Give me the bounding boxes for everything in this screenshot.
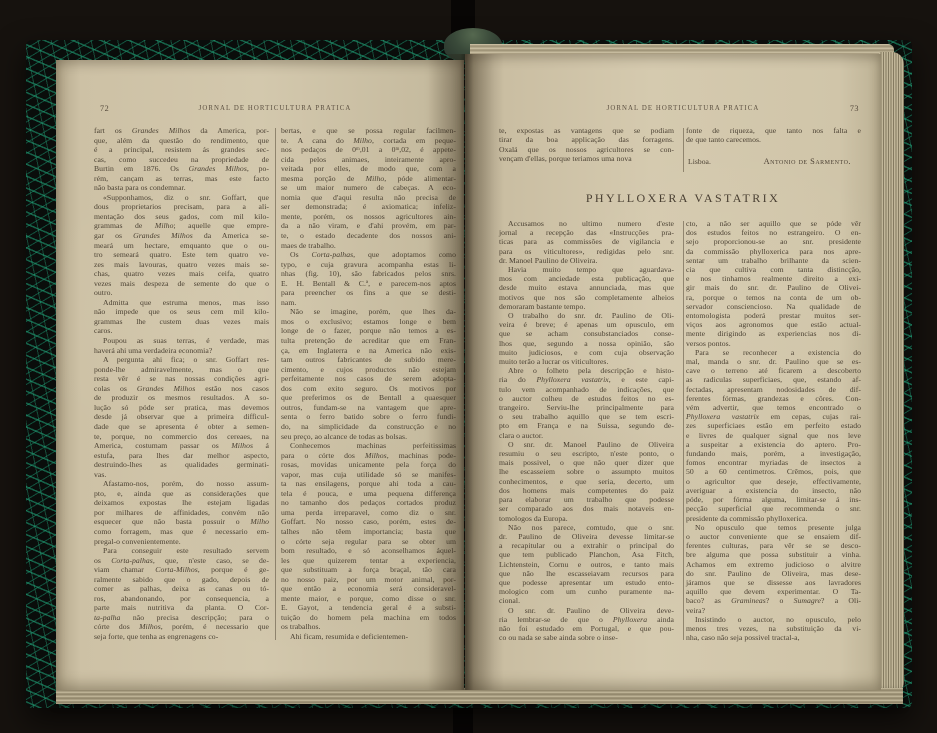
article-column-2: cto, a não ser aquillo que se póde vêrdo… [686, 219, 861, 642]
text-line: e livres de qualquer signal que nos leve [686, 431, 861, 440]
text-line: conhecimentos, e que seria, decerto, um [499, 477, 674, 486]
text-line: meará um hectare, emquanto que o ou- [94, 241, 269, 251]
text-line: ta-palha não precisa descripção; para o [94, 613, 269, 623]
paragraph: O snr. dr. Paulino de Oliveira deve-ria … [499, 606, 674, 643]
text-line: E. Gayot, a tendencia geral é a substi- [281, 603, 456, 613]
text-line: e nos tinhamos realmente direito a exi- [686, 274, 861, 283]
text-line: sejo proporcionou-se ao snr. presidente [686, 237, 861, 246]
text-line: destruindo-lhes as qualidades germinati- [94, 460, 269, 470]
text-line: fomos encontrar myriadas de insectos a [686, 458, 861, 467]
text-line: tirar da boa applicação das forragens. [499, 135, 674, 144]
text-line: Achamos em extremo judicioso o alvitre [686, 560, 861, 569]
text-line: as radiculas superficiaes, que, estando … [686, 375, 861, 384]
text-line: vençam d'ellas, porque teriamos uma nova [499, 154, 674, 163]
text-line: outro. [94, 288, 269, 298]
text-line: járamos que se dissesse aos lavradores [686, 578, 861, 587]
right-page-content: JORNAL DE HORTICULTURA PRATICA 73 te, ex… [499, 104, 867, 642]
text-line: mal, manda o snr. dr. Paulino que se es- [686, 357, 861, 366]
text-line: seja forte, que tenha as engrenagens co- [94, 632, 269, 642]
text-line: O snr. dr. Paulino de Oliveira deve- [499, 606, 674, 615]
text-line: por milhares de affinidades, convém não [94, 508, 269, 518]
text-line: mente maior, e porque, como disse o snr. [281, 594, 456, 604]
text-line: Burtin em 1876. Os Grandes Milhos, po- [94, 164, 269, 174]
text-line: veitada por elles, de modo que, com a [281, 164, 456, 174]
text-line: vém advertir, que temos encontrado o [686, 403, 861, 412]
text-line: outros, fundam-se na vantagem que apre- [281, 403, 456, 413]
text-line: o auctor conveniente que se ensaiem dif- [686, 532, 861, 541]
paragraph: Havia muito tempo que aguardava-mos com … [499, 265, 674, 311]
text-line: Para conseguir este resultado servem [94, 546, 269, 556]
text-line: mesma porção de Milho, póde alimentar- [281, 174, 456, 184]
text-line: grammas lhe custem duas vezes mais [94, 317, 269, 327]
intro-column-1: te, expostas as vantagens que se podiamt… [499, 126, 674, 174]
paragraph: O snr. dr. Manoel Paulino de Oliveirares… [499, 440, 674, 523]
signature-author: Antonio de Sarmento. [764, 157, 851, 166]
intro-column-2: fonte de riqueza, que tanto nos falta ed… [686, 126, 861, 174]
text-line: ria do Phylloxera vastatrix, e este capi… [499, 375, 674, 384]
text-line: No opusculo que temos presente julga [686, 523, 861, 532]
text-line: muito terão a lucrar os viticultores. [499, 357, 674, 366]
text-line: mais possivel, o que não quer dizer que [499, 458, 674, 467]
text-line: não foi estudado em Portugal, e que pou- [499, 624, 674, 633]
text-line: para elaborar um trabalho que podesse [499, 495, 674, 504]
text-line: os Corta-palhas, que, n'este caso, se de… [94, 556, 269, 566]
intro-column-2-text: fonte de riqueza, que tanto nos falta ed… [686, 126, 861, 145]
text-line: ferentes culturas, para vêr se se desco- [686, 541, 861, 550]
right-page-number: 73 [850, 104, 859, 113]
page-stack-fore-edge [879, 52, 904, 694]
text-line: Phylloxera vastatrix em cepas, cujas rai… [686, 412, 861, 421]
paragraph: Afastamo-nos, porém, do nosso assum-pto,… [94, 479, 269, 546]
text-line: mologico com um cunho puramente na- [499, 587, 674, 596]
text-line: Abre o folheto pela descripção e histo- [499, 366, 674, 375]
text-line: ponde-lhe admiravelmente, mas o que [94, 365, 269, 375]
text-line: uma perda irreparavel, como diz o snr. [281, 508, 456, 518]
text-line: haverá ahi uma verdadeira economia? [94, 346, 269, 356]
left-page: 72 JORNAL DE HORTICULTURA PRATICA fart o… [56, 60, 464, 690]
text-line: Para se reconhecer a existencia do [686, 348, 861, 357]
paragraph: fonte de riqueza, que tanto nos falta ed… [686, 126, 861, 145]
article-column-1: Accusamos no ultimo numero d'estejornal … [499, 219, 674, 642]
text-line: tro semeará quatro. Este tem quatro ve- [94, 250, 269, 260]
text-line: ser comparado aos dos mais notaveis en- [499, 504, 674, 513]
text-line: tuição do homem pela machina em todos [281, 613, 456, 623]
text-line: resumiu o seu escripto, n'este ponto, o [499, 449, 674, 458]
text-line: zes superficiaes estão em perfeito estad… [686, 421, 861, 430]
text-line: que substituam a força braçal, tão cara [281, 565, 456, 575]
text-line: Insistindo o auctor, no opusculo, pelo [686, 615, 861, 624]
text-line: O snr. dr. Manoel Paulino de Oliveira [499, 440, 674, 449]
text-line: tulta pretenção de acreditar que em Fran… [281, 336, 456, 346]
paragraph: Admitta que estruma menos, mas issonão i… [94, 298, 269, 336]
text-line: bertas, e que se possa regular facilmen- [281, 126, 456, 136]
text-line: cida pelos animaes, inteiramente apro- [281, 155, 456, 165]
text-line: les que quizerem tentar a experiencia, [281, 556, 456, 566]
text-line: de que tanto carecemos. [686, 135, 861, 144]
text-line: dos com exito seguro. Os motivos por [281, 384, 456, 394]
text-line: sentar um trabalho brilhante da scien- [686, 256, 861, 265]
text-line: do snr. Paulino de Oliveira, mas dese- [686, 569, 861, 578]
text-line: menos tres vezes, na substituição da vi- [686, 624, 861, 633]
text-line: que então a economia será consideravel- [281, 584, 456, 594]
paragraph: Poupou as suas terras, é verdade, mashav… [94, 336, 269, 355]
signature-row: Lisboa. Antonio de Sarmento. [686, 157, 861, 166]
text-line: a suspeitar a existencia do aptero. Pro- [686, 440, 861, 449]
text-line: ferentes fórmas, grandezas e côres. Con- [686, 394, 861, 403]
text-line: Afastamo-nos, porém, do nosso assum- [94, 479, 269, 489]
text-line: esquecer que não basta possuir o Milho [94, 517, 269, 527]
text-line: trangeiro. Serviu-lhe principalmente par… [499, 403, 674, 412]
text-line: veira? [686, 606, 861, 615]
left-page-content: 72 JORNAL DE HORTICULTURA PRATICA fart o… [94, 104, 456, 642]
text-line: Não nos parece, comtudo, que o snr. [499, 523, 674, 532]
text-line: não basta para os condemnar. [94, 183, 269, 193]
open-book-photo: 72 JORNAL DE HORTICULTURA PRATICA fart o… [0, 0, 937, 733]
text-line: Ahi ficam, resumida e deficientemen- [281, 632, 456, 642]
text-line: bom resultado, e só aconselhamos áquel- [281, 546, 456, 556]
paragraph: Insistindo o auctor, no opusculo, pelome… [686, 615, 861, 643]
text-line: vapor, mas cuja utilidade só se manifes- [281, 470, 456, 480]
text-line: comer as palhas, deixa as canas ou tó- [94, 584, 269, 594]
text-line: nhas (fig. 10), são fabricados pelos snr… [281, 269, 456, 279]
text-line: ralmente sabido que o gado, depois de [94, 575, 269, 585]
text-line: ra, porque o temos na conta de um ob- [686, 293, 861, 302]
text-line: nomia que d'aqui resulta não precisa de [281, 193, 456, 203]
paragraph: cto, a não ser aquillo que se póde vêrdo… [686, 219, 861, 348]
text-line: ta nas ensilagens, porque ahi toda a cau… [281, 479, 456, 489]
text-line: typo, e cuja gravura acompanha estas li- [281, 260, 456, 270]
text-line: póde, por fórma alguma, limitar-se á ins… [686, 495, 861, 504]
text-line: Accusamos no ultimo numero d'este [499, 219, 674, 228]
text-line: pecção superficial que recommenda o snr. [686, 504, 861, 513]
text-line: 50 a 60 centimetros. Crêmos, pois, que [686, 467, 861, 476]
text-line: chas, quatro vezes mais ceifa, quatro [94, 269, 269, 279]
text-line: presidente da commissão phylloxerica. [686, 514, 861, 523]
text-line: como forragem, mas que é necessario em- [94, 527, 269, 537]
text-line: rosas, movidas unicamente pela força do [281, 460, 456, 470]
paragraph: Não se imagine, porém, que lhes da-mos o… [281, 307, 456, 441]
text-line: lhos que, segundo a nossa opinião, são [499, 339, 674, 348]
article-columns: Accusamos no ultimo numero d'estejornal … [499, 219, 867, 642]
left-page-header: 72 JORNAL DE HORTICULTURA PRATICA [94, 104, 456, 115]
left-running-title: JORNAL DE HORTICULTURA PRATICA [94, 105, 456, 112]
text-line: se um maior numero de cabeças. A eco- [281, 183, 456, 193]
paragraph: Conhecemos machinas perfeitissimaspara o… [281, 441, 456, 632]
text-line: tulo vem acompanhado de indicações, que [499, 385, 674, 394]
text-line: o córte seja regular para se obter um [281, 537, 456, 547]
text-line: para os viticultores», redigidas pelo sn… [499, 247, 674, 256]
paragraph: Para se reconhecer a existencia domal, m… [686, 348, 861, 523]
text-line: nha, caso não seja possivel tractal-a, [686, 633, 861, 642]
text-line: do, na simplicidade da construcção e no [281, 422, 456, 432]
column-rule [275, 128, 276, 640]
text-line: America, costumam passar os Milhos á [94, 441, 269, 451]
text-line: longe de o fazer, porque não temos a es- [281, 326, 456, 336]
text-line: Conhecemos machinas perfeitissimas [281, 441, 456, 451]
text-line: Admitta que estruma menos, mas isso [94, 298, 269, 308]
text-line: no tamanho dos pedaços cortados produz [281, 498, 456, 508]
text-line: desde muito estava annunciada, mas que [499, 283, 674, 292]
text-line: mente, porém, os nossos agricultores ain… [281, 212, 456, 222]
text-line: dos homens mais competentes do paiz [499, 486, 674, 495]
text-line: cas, como succedeu na propriedade de [94, 155, 269, 165]
text-line: que tem publicado Planchon, Asa Fitch, [499, 550, 674, 559]
text-line: pto, e, ainda que as considerações que [94, 489, 269, 499]
text-line: dade que se apresenta é obter a semen- [94, 422, 269, 432]
text-line: parte mais nutritiva da planta. O Cor- [94, 603, 269, 613]
text-line: a recapitular ou a extrahir o principal … [499, 541, 674, 550]
text-line: seu preço, ao alcance de todas as bolsas… [281, 432, 456, 442]
text-line: estufa, para lhes dar melhor aspecto, [94, 451, 269, 461]
text-line: demoraram bastante tempo. [499, 302, 674, 311]
text-line: te. A cana do Milho, cortada em peque- [281, 136, 456, 146]
left-page-column-1: fart os Grandes Milhos da America, por-q… [94, 126, 269, 642]
text-line: para o córte dos Milhos, machinas pode- [281, 451, 456, 461]
paragraph: O trabalho do snr. dr. Paulino de Oli-ve… [499, 311, 674, 366]
text-line: córte dos Milhos, porém, é necessario qu… [94, 622, 269, 632]
text-line: viços aos agronomos que estão actual- [686, 320, 861, 329]
paragraph: Não nos parece, comtudo, que o snr.dr. P… [499, 523, 674, 606]
text-line: o auctor colheu de estudos feitos no es- [499, 394, 674, 403]
text-line: fonte de riqueza, que tanto nos falta e [686, 126, 861, 135]
text-line: mos o exclusivo; estamos longe e bem [281, 317, 456, 327]
text-line: «Supponhamos, diz o snr. Goffart, que [94, 193, 269, 203]
paragraph: te, expostas as vantagens que se podiamt… [499, 126, 674, 163]
text-line: tela é pouca, e uma pequena differença [281, 489, 456, 499]
text-line: Goffart. No nosso caso, porém, estes de- [281, 517, 456, 527]
text-line: que se acham consubstanciados conse- [499, 329, 674, 338]
text-line: Não se imagine, porém, que lhes da- [281, 307, 456, 317]
text-line: o agricultor que deseje, effectivamente, [686, 477, 861, 486]
paragraph: Accusamos no ultimo numero d'estejornal … [499, 219, 674, 265]
page-stack-bottom-edge [56, 688, 903, 704]
text-line: cia que cultiva com tanta distincção, [686, 265, 861, 274]
text-line: cto, a não ser aquillo que se póde vêr [686, 219, 861, 228]
text-line: ria lembrar-se de que o Phylloxera ainda [499, 615, 674, 624]
text-line: colas os Grandes Milhos estão nos casos [94, 384, 269, 394]
text-line: resta vêr é se nas nossas condições agri… [94, 374, 269, 384]
paragraph: Abre o folheto pela descripção e histo-r… [499, 366, 674, 440]
text-line: versos pontos. [686, 339, 861, 348]
text-line: te, expostas as vantagens que se podiam [499, 126, 674, 135]
text-line: rém, cançam as terras, mas este facto [94, 174, 269, 184]
text-line: tomologos da Europa. [499, 514, 674, 523]
text-line: caros. [94, 326, 269, 336]
text-line: Lichtenstein, Cornu e outros, e tanto ma… [499, 560, 674, 569]
text-line: grammas de Milho; aquelle que empre- [94, 221, 269, 231]
text-line: fundando mais, porém, a investigação, [686, 449, 861, 458]
text-line: para preencher os fins a que se desti- [281, 288, 456, 298]
text-line: vezes mais despeza de semente do que o [94, 279, 269, 289]
paragraph: No opusculo que temos presente julgao au… [686, 523, 861, 615]
text-line: lução só póde ser pratica, mas devemos [94, 403, 269, 413]
left-page-columns: fart os Grandes Milhos da America, por-q… [94, 126, 456, 642]
left-page-column-2: bertas, e que se possa regular facilmen-… [281, 126, 456, 642]
text-line: ros, abandonando, por consequencia, a [94, 594, 269, 604]
text-line: dos estudos feitos no estrangeiro. O en- [686, 228, 861, 237]
text-line: da a não viram, e d'ahi provém, em par- [281, 221, 456, 231]
text-line: te, porque, no commercio dos cereaes, na [94, 432, 269, 442]
text-line: zes mais lavouras, quatro vezes mais se- [94, 260, 269, 270]
text-line: mente dirigindo as experiencias nos di- [686, 329, 861, 338]
intro-columns: te, expostas as vantagens que se podiamt… [499, 126, 867, 174]
text-line: não impede que os seus cem mil kilo- [94, 307, 269, 317]
text-line: no nosso paiz, por um motor animal, por- [281, 575, 456, 585]
text-line: maes de trabalho. [281, 241, 456, 251]
text-line: desde já observar que a primeira difficu… [94, 412, 269, 422]
signature-place: Lisboa. [688, 157, 711, 166]
paragraph: Os Corta-palhas, que adoptamos comotypo,… [281, 250, 456, 307]
text-line: Os Corta-palhas, que adoptamos como [281, 250, 456, 260]
paragraph: Para conseguir este resultado servemos C… [94, 546, 269, 641]
text-line: aquillo que devem experimentar. O Ta- [686, 587, 861, 596]
text-line: cave o terreno até ficarem a descoberto [686, 366, 861, 375]
text-line: servador consciencioso. Na qualidade de [686, 302, 861, 311]
text-line: ça, em Inglaterra e na America não exis- [281, 346, 456, 356]
text-line: veira é breve; é apenas um opusculo, em [499, 320, 674, 329]
text-line: talhes não têem importancia; basta que [281, 527, 456, 537]
text-line: fectadas, apresentam nodosidades de dif- [686, 385, 861, 394]
text-line: que, além da questão do rendimento, que [94, 136, 269, 146]
right-page: JORNAL DE HORTICULTURA PRATICA 73 te, ex… [465, 54, 881, 690]
text-line: clara o auctor. [499, 431, 674, 440]
paragraph: bertas, e que se possa regular facilmen-… [281, 126, 456, 250]
text-line: tam outros fabricantes de subido mere- [281, 355, 456, 365]
text-line: deixamos expostas lhe estejam ligadas [94, 498, 269, 508]
text-line: co ou nada se sabe ainda sobre o inse- [499, 633, 674, 642]
text-line: bre alguma que possa substituir a vinha. [686, 550, 861, 559]
text-line: mos com anciedade esta publicação, que [499, 274, 674, 283]
paragraph: A pergunta ahi fica; o snr. Goffart res-… [94, 355, 269, 479]
text-line: mentação dos seus gados, com mil kilo- [94, 212, 269, 222]
text-line: dr. Paulino de Oliveira devesse limitar-… [499, 532, 674, 541]
text-line: de produzir os mesmos resultados. A so- [94, 393, 269, 403]
text-line: pto em França e na Suissa, segundo de- [499, 421, 674, 430]
text-line: pregal-o convenientemente. [94, 537, 269, 547]
text-line: averiguar a existencia do insecto, não [686, 486, 861, 495]
text-line: que não lhe escasseiavam recursos para [499, 569, 674, 578]
paragraph: Ahi ficam, resumida e deficientemen- [281, 632, 456, 642]
text-line: Poupou as suas terras, é verdade, mas [94, 336, 269, 346]
text-line: perfeitamente nos casos de serem adopta- [281, 374, 456, 384]
text-line: nos pedaços de 0ᵐ,01 a 0ᵐ,02, é appete- [281, 145, 456, 155]
text-line: cional. [499, 596, 674, 605]
text-line: A pergunta ahi fica; o snr. Goffart res- [94, 355, 269, 365]
text-line: ser demonstrada; é axiomatica; infeliz- [281, 202, 456, 212]
text-line: gir mais do snr. dr. Paulino de Olivei- [686, 283, 861, 292]
text-line: é a principal, resistem ás grandes sec- [94, 145, 269, 155]
text-line: que podesse apresentar um estudo ento- [499, 578, 674, 587]
text-line: te, o estado decadente dos nossos ani- [281, 231, 456, 241]
text-line: senta o ferro batido sobre o ferro fundi… [281, 412, 456, 422]
article-title: PHYLLOXERA VASTATRIX [499, 191, 867, 206]
text-line: da commissão phylloxerica para nos apre- [686, 247, 861, 256]
text-line: que preferimos os de Bentall a quaesquer [281, 393, 456, 403]
right-running-title: JORNAL DE HORTICULTURA PRATICA [499, 105, 867, 112]
text-line: Oxalá que os nossos agricultores se con- [499, 145, 674, 154]
paragraph: fart os Grandes Milhos da America, por-q… [94, 126, 269, 193]
text-line: entomologista poderá prestar muitos ser- [686, 311, 861, 320]
paragraph: «Supponhamos, diz o snr. Goffart, quedou… [94, 193, 269, 298]
text-line: gar os Grandes Milhos da America se- [94, 231, 269, 241]
text-line: motivos que nos são completamente alheio… [499, 293, 674, 302]
text-line: lhe escasseiem sobre o assumpto muitos [499, 467, 674, 476]
right-page-header: JORNAL DE HORTICULTURA PRATICA 73 [499, 104, 867, 115]
text-line: muito judiciosos, e com cuja observação [499, 348, 674, 357]
text-line: fart os Grandes Milhos da America, por- [94, 126, 269, 136]
text-line: vas. [94, 470, 269, 480]
text-line: nam. [281, 298, 456, 308]
text-line: E. H. Bentall & C.ª, e parecem-nos aptos [281, 279, 456, 289]
column-rule [683, 221, 684, 640]
text-line: o seu trabalho aquillo que se tem escri- [499, 412, 674, 421]
text-line: ticas para as commissões de vigilancia e [499, 237, 674, 246]
text-line: baco? as Gramineas? o Sumagre? a Oli- [686, 596, 861, 605]
text-line: viam chamar Corta-Milhos, porque é ge- [94, 565, 269, 575]
text-line: dr. Manoel Paulino de Oliveira. [499, 256, 674, 265]
column-rule [683, 128, 684, 172]
text-line: dous proprietarios precisam, para a ali- [94, 202, 269, 212]
text-line: Havia muito tempo que aguardava- [499, 265, 674, 274]
text-line: jornal a recepção das «Instrucções pra- [499, 228, 674, 237]
text-line: cimento, e cujos productos não estejam [281, 365, 456, 375]
text-line: os trabalhos. [281, 622, 456, 632]
text-line: O trabalho do snr. dr. Paulino de Oli- [499, 311, 674, 320]
